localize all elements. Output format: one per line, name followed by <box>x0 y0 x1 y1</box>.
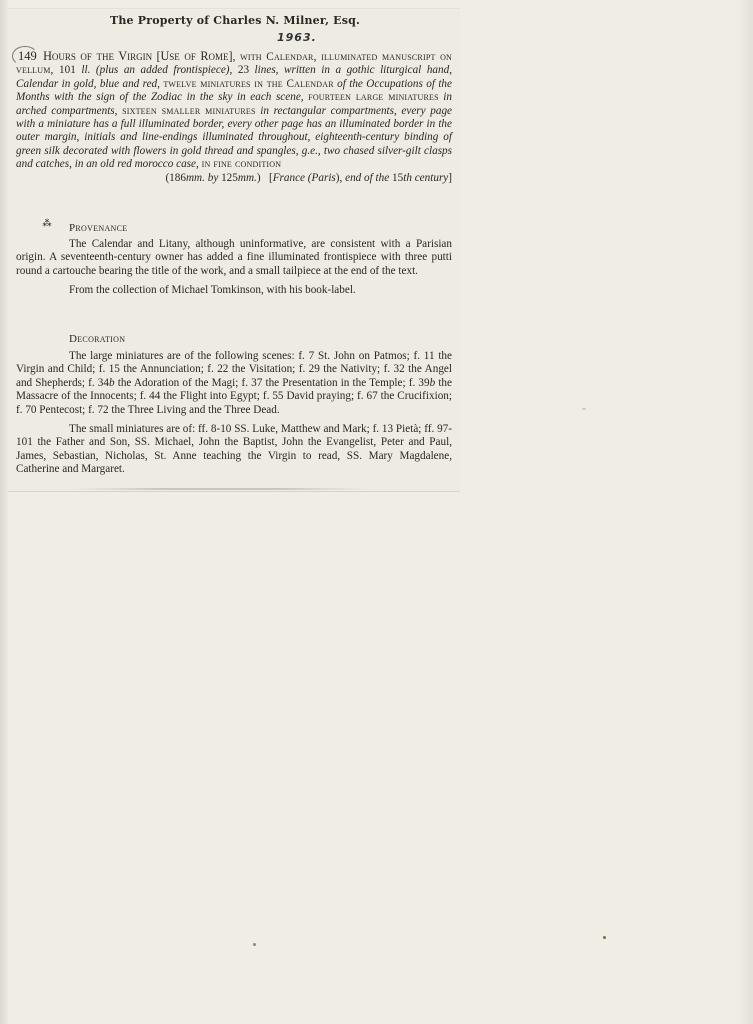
dim-width: 125 <box>221 172 238 184</box>
lot-use: [Use of Rome] <box>156 49 232 63</box>
lot-sixteen-miniatures: sixteen smaller miniatures <box>122 105 256 117</box>
decoration-section: The large miniatures are of the followin… <box>16 350 452 477</box>
scan-speck <box>603 936 606 939</box>
provenance-paragraph: The Calendar and Litany, although uninfo… <box>16 238 452 278</box>
handwritten-year: 1963. <box>277 31 317 44</box>
scan-right-edge <box>739 0 753 1024</box>
origin-century-num: 15 <box>392 172 403 184</box>
lot-frontispiece: (plus an added frontispiece), <box>90 64 237 76</box>
lot-lines-count: 23 <box>238 64 249 76</box>
decoration-heading: Decoration <box>69 333 125 345</box>
dim-by: by <box>205 172 221 184</box>
origin-close-paren: ), <box>336 172 345 184</box>
lot-description: 149 Hours of the Virgin [Use of Rome], w… <box>16 50 452 185</box>
dim-unit-2: mm. <box>238 172 257 184</box>
origin-century: th century <box>403 172 448 184</box>
provenance-section: The Calendar and Litany, although uninfo… <box>16 238 452 298</box>
dim-close: ) <box>257 172 261 184</box>
lot-dimensions-origin: (186mm. by 125mm.) [France (Paris), end … <box>16 172 452 185</box>
dim-unit-1: mm. <box>186 172 205 184</box>
large-miniatures-middle: the Adoration of the Magi; f. 37 the Pre… <box>115 377 430 389</box>
owner-heading: The Property of Charles N. Milner, Esq. <box>0 14 470 27</box>
scan-speck <box>582 408 586 410</box>
origin-country: France ( <box>273 172 312 184</box>
lot-twelve-miniatures: twelve miniatures in the Calendar <box>163 78 333 90</box>
lot-number: 149 <box>16 50 39 63</box>
scan-speck <box>253 943 256 946</box>
asterism-icon: ⁂ <box>40 220 54 226</box>
lot-leaves: 101 <box>54 64 82 76</box>
origin-close: ] <box>448 172 452 184</box>
lot-fourteen-miniatures: fourteen large miniatures <box>308 91 439 103</box>
scan-left-edge <box>0 0 8 1024</box>
dim-open: (186 <box>165 172 186 184</box>
small-miniatures-paragraph: The small miniatures are of: ff. 8-10 SS… <box>16 423 452 477</box>
origin-end: end of the <box>345 172 392 184</box>
clipping-edge-shadow <box>75 488 365 490</box>
large-miniatures-paragraph: The large miniatures are of the followin… <box>16 350 452 417</box>
lot-title: Hours of the Virgin <box>43 49 152 63</box>
provenance-heading: Provenance <box>69 222 127 234</box>
provenance-collection: From the collection of Michael Tomkinson… <box>16 284 452 297</box>
lot-condition: in fine condition <box>202 158 282 170</box>
origin-city: Paris <box>312 172 336 184</box>
